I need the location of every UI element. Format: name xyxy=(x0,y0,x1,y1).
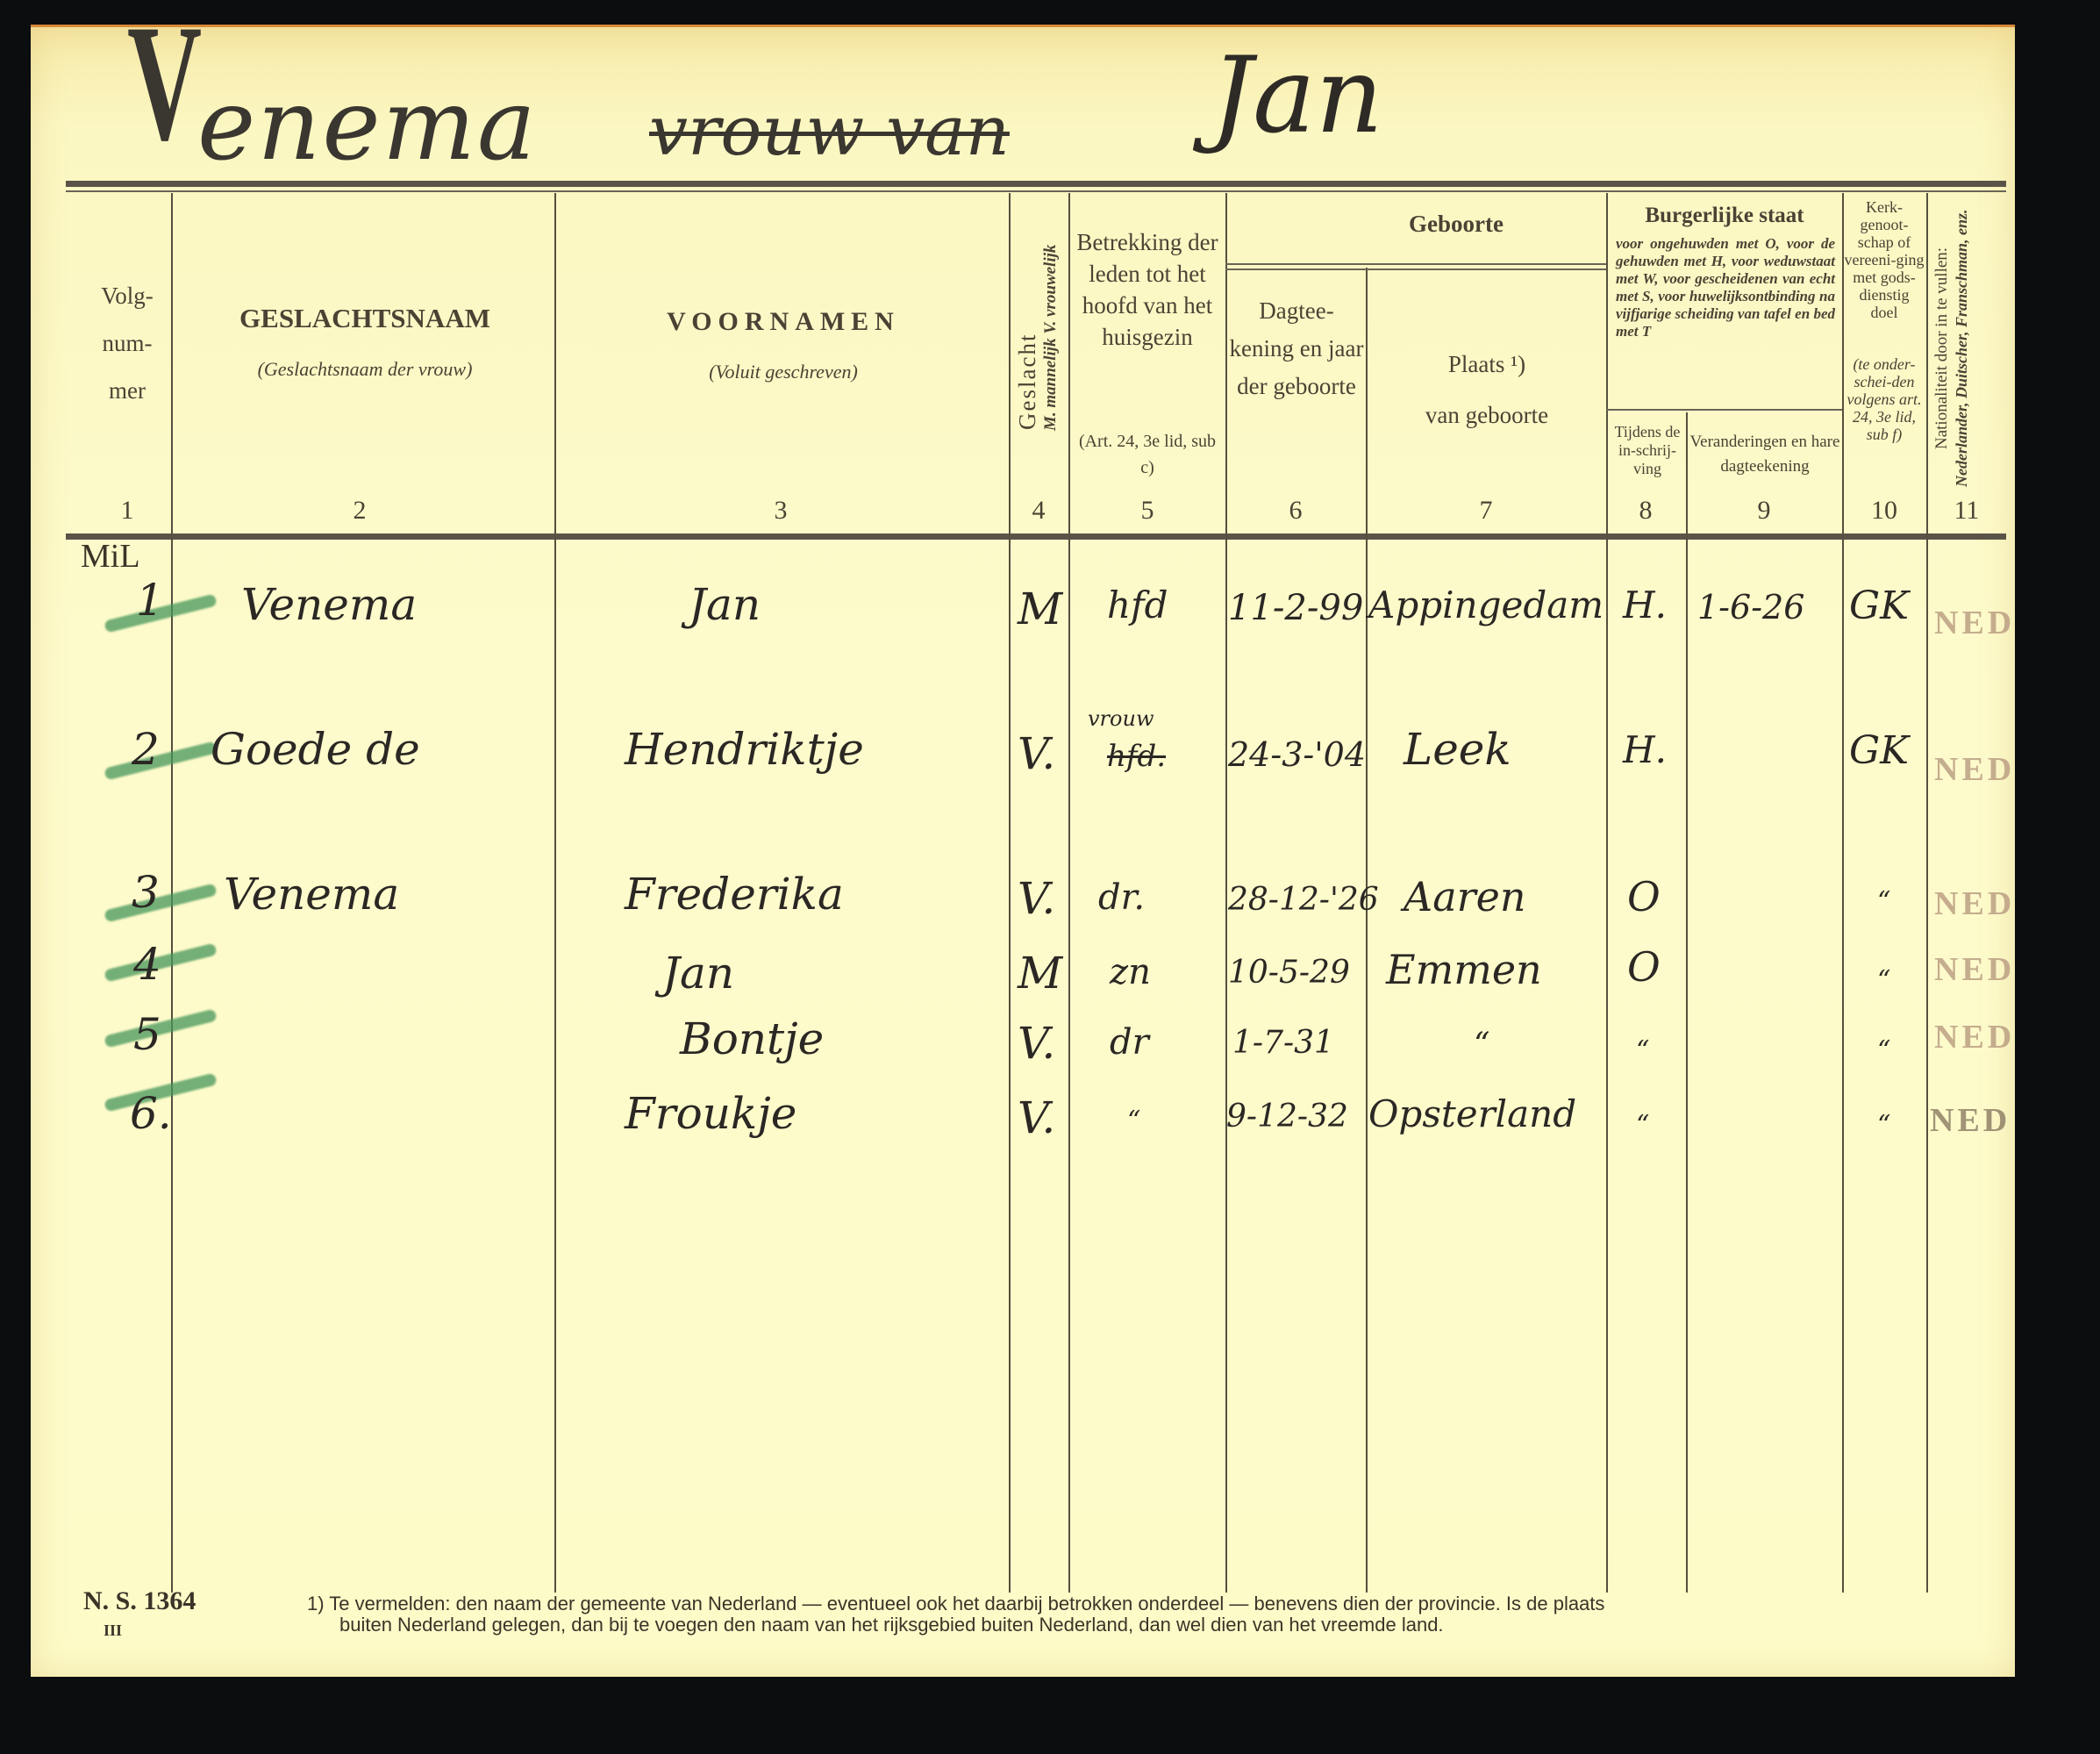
row6-relation: “ xyxy=(1127,1106,1140,1136)
row2-relation: hfd. xyxy=(1107,739,1166,774)
row5-nationality-stamp: NED xyxy=(1934,1018,2015,1056)
geboorte-group-rule-2 xyxy=(1225,268,1606,270)
row3-birth-place: Aaren xyxy=(1404,873,1525,920)
title-struck-text: vrouw van xyxy=(649,92,1010,171)
row3-given: Frederika xyxy=(625,869,844,920)
row2-nationality-stamp: NED xyxy=(1934,750,2015,789)
row6-church: “ xyxy=(1877,1110,1890,1141)
header-top-rule-thin xyxy=(66,190,2006,192)
row2-relation-note: vrouw xyxy=(1088,706,1154,731)
col-number-10: 10 xyxy=(1858,496,1911,526)
title-first-name: Jan xyxy=(1211,35,1383,157)
row6-no: 6. xyxy=(130,1088,172,1139)
row5-sex: V. xyxy=(1018,1018,1055,1069)
col-number-11: 11 xyxy=(1940,496,1993,526)
col-divider-7 xyxy=(1606,193,1608,1593)
col11-header: Nationaliteit door in te vullen: xyxy=(1932,204,1952,493)
col-divider-8 xyxy=(1686,412,1688,1593)
col-number-6: 6 xyxy=(1269,496,1322,526)
col-number-7: 7 xyxy=(1460,496,1512,526)
col-divider-5 xyxy=(1225,193,1227,1593)
burgerlijke-staat-header: Burgerlijke staat xyxy=(1609,204,1840,228)
row4-civil-status: O xyxy=(1627,943,1661,991)
row3-church: “ xyxy=(1877,886,1890,917)
col7-header: Plaats ¹) xyxy=(1368,351,1605,378)
row6-nationality-stamp: NED xyxy=(1930,1101,2011,1140)
header-top-rule xyxy=(66,181,2006,187)
geboorte-group-rule xyxy=(1225,263,1606,265)
row1-birth-date: 11-2-99 xyxy=(1228,588,1363,628)
col-divider-3 xyxy=(1009,193,1011,1593)
title-surname: enema xyxy=(197,68,538,183)
col4-header: Geslacht xyxy=(1014,290,1041,474)
col5-subheader: (Art. 24, 3e lid, sub c) xyxy=(1074,428,1221,481)
col8-header: Tijdens de in-schrij-ving xyxy=(1609,423,1686,478)
row6-given: Froukje xyxy=(625,1088,796,1139)
row2-sex: V. xyxy=(1018,728,1055,779)
burgerlijke-staat-note: voor ongehuwden met O, voor de gehuwden … xyxy=(1616,235,1835,340)
form-code: N. S. 1364 xyxy=(83,1586,196,1616)
col-number-3: 3 xyxy=(754,496,807,526)
row6-birth-place: Opsterland xyxy=(1368,1092,1576,1135)
col2-subheader: (Geslachtsnaam der vrouw) xyxy=(175,358,554,381)
col11-subheader: Nederlander, Duitscher, Franschman, enz. xyxy=(1953,204,1993,493)
col-number-4: 4 xyxy=(1012,496,1065,526)
col1-header: Volg- num- mer xyxy=(83,272,171,414)
row6-civil-status: “ xyxy=(1636,1110,1649,1141)
col5-header: Betrekking der leden tot het hoofd van h… xyxy=(1074,226,1221,353)
row6-sex: V. xyxy=(1018,1092,1055,1143)
col4-subheader: M. mannelijk V. vrouwelijk xyxy=(1041,202,1061,474)
row2-church: GK xyxy=(1849,728,1909,773)
row1-civil-change: 1-6-26 xyxy=(1697,588,1804,626)
col7-subheader: van geboorte xyxy=(1368,402,1605,429)
row4-church: “ xyxy=(1877,965,1890,996)
row4-birth-date: 10-5-29 xyxy=(1228,955,1350,991)
row2-civil-status: H. xyxy=(1623,728,1667,771)
row4-given: Jan xyxy=(662,948,734,999)
row1-sex: M xyxy=(1018,583,1062,634)
row3-relation: dr. xyxy=(1098,877,1145,918)
col-number-9: 9 xyxy=(1738,496,1790,526)
row5-given: Bontje xyxy=(680,1013,824,1064)
row2-surname: Goede de xyxy=(211,724,420,775)
row1-church: GK xyxy=(1849,583,1909,628)
row5-civil-status: “ xyxy=(1636,1035,1649,1066)
annotation-mil: MiL xyxy=(81,537,140,576)
header-bottom-rule xyxy=(66,533,2006,540)
row1-no: 1 xyxy=(136,575,164,626)
row2-no: 2 xyxy=(132,724,160,775)
row4-birth-place: Emmen xyxy=(1386,946,1542,993)
row4-nationality-stamp: NED xyxy=(1934,950,2015,989)
col9-header: Veranderingen en hare dagteekening xyxy=(1689,430,1840,479)
row1-given: Jan xyxy=(689,579,761,630)
row1-civil-status: H. xyxy=(1623,583,1667,626)
col-divider-10 xyxy=(1926,193,1928,1593)
row2-birth-place: Leek xyxy=(1404,724,1511,775)
row3-nationality-stamp: NED xyxy=(1934,884,2015,923)
row5-no: 5 xyxy=(133,1009,161,1060)
row4-sex: M xyxy=(1018,948,1062,999)
row5-church: “ xyxy=(1877,1035,1890,1066)
footnote-line-1: 1) Te vermelden: den naam der gemeente v… xyxy=(307,1593,1781,1614)
row3-surname: Venema xyxy=(224,869,399,920)
row4-relation: zn xyxy=(1110,952,1151,992)
form-series: III xyxy=(104,1622,122,1640)
row1-surname: Venema xyxy=(241,579,417,630)
col2-header: GESLACHTSNAAM xyxy=(175,303,554,334)
footnote-line-2: buiten Nederland gelegen, dan bij te voe… xyxy=(339,1614,1778,1636)
row1-nationality-stamp: NED xyxy=(1934,604,2015,642)
col3-subheader: (Voluit geschreven) xyxy=(558,361,1009,383)
col3-header: VOORNAMEN xyxy=(558,307,1009,337)
row6-birth-date: 9-12-32 xyxy=(1226,1099,1348,1135)
row3-no: 3 xyxy=(132,867,160,918)
col-number-2: 2 xyxy=(333,496,386,526)
row5-birth-date: 1-7-31 xyxy=(1232,1025,1334,1061)
burgerlijke-staat-rule xyxy=(1606,409,1842,411)
col10-subheader: (te onder-schei-den volgens art. 24, 3e … xyxy=(1844,355,1925,443)
row4-no: 4 xyxy=(133,939,161,990)
geboorte-group-header: Geboorte xyxy=(1228,211,1605,238)
col-divider-4 xyxy=(1068,193,1070,1593)
row3-birth-date: 28-12-'26 xyxy=(1228,882,1379,918)
col-divider-6 xyxy=(1366,268,1368,1593)
col6-header: Dagtee-kening en jaar der geboorte xyxy=(1228,292,1365,405)
row1-birth-place: Appingedam xyxy=(1368,583,1604,626)
row3-sex: V. xyxy=(1018,873,1055,924)
row2-birth-date: 24-3-'04 xyxy=(1228,735,1366,774)
row5-relation: dr xyxy=(1110,1022,1149,1063)
col10-header: Kerk-genoot-schap of vereeni-ging met go… xyxy=(1844,198,1925,321)
row2-given: Hendriktje xyxy=(625,724,864,775)
col-number-8: 8 xyxy=(1619,496,1672,526)
row3-civil-status: O xyxy=(1627,873,1661,920)
row1-relation: hfd xyxy=(1107,583,1168,626)
row5-birth-place: “ xyxy=(1474,1027,1489,1063)
title-initial: V xyxy=(127,0,202,167)
col-divider-2 xyxy=(554,193,556,1593)
col-number-1: 1 xyxy=(101,496,154,526)
col-number-5: 5 xyxy=(1121,496,1174,526)
